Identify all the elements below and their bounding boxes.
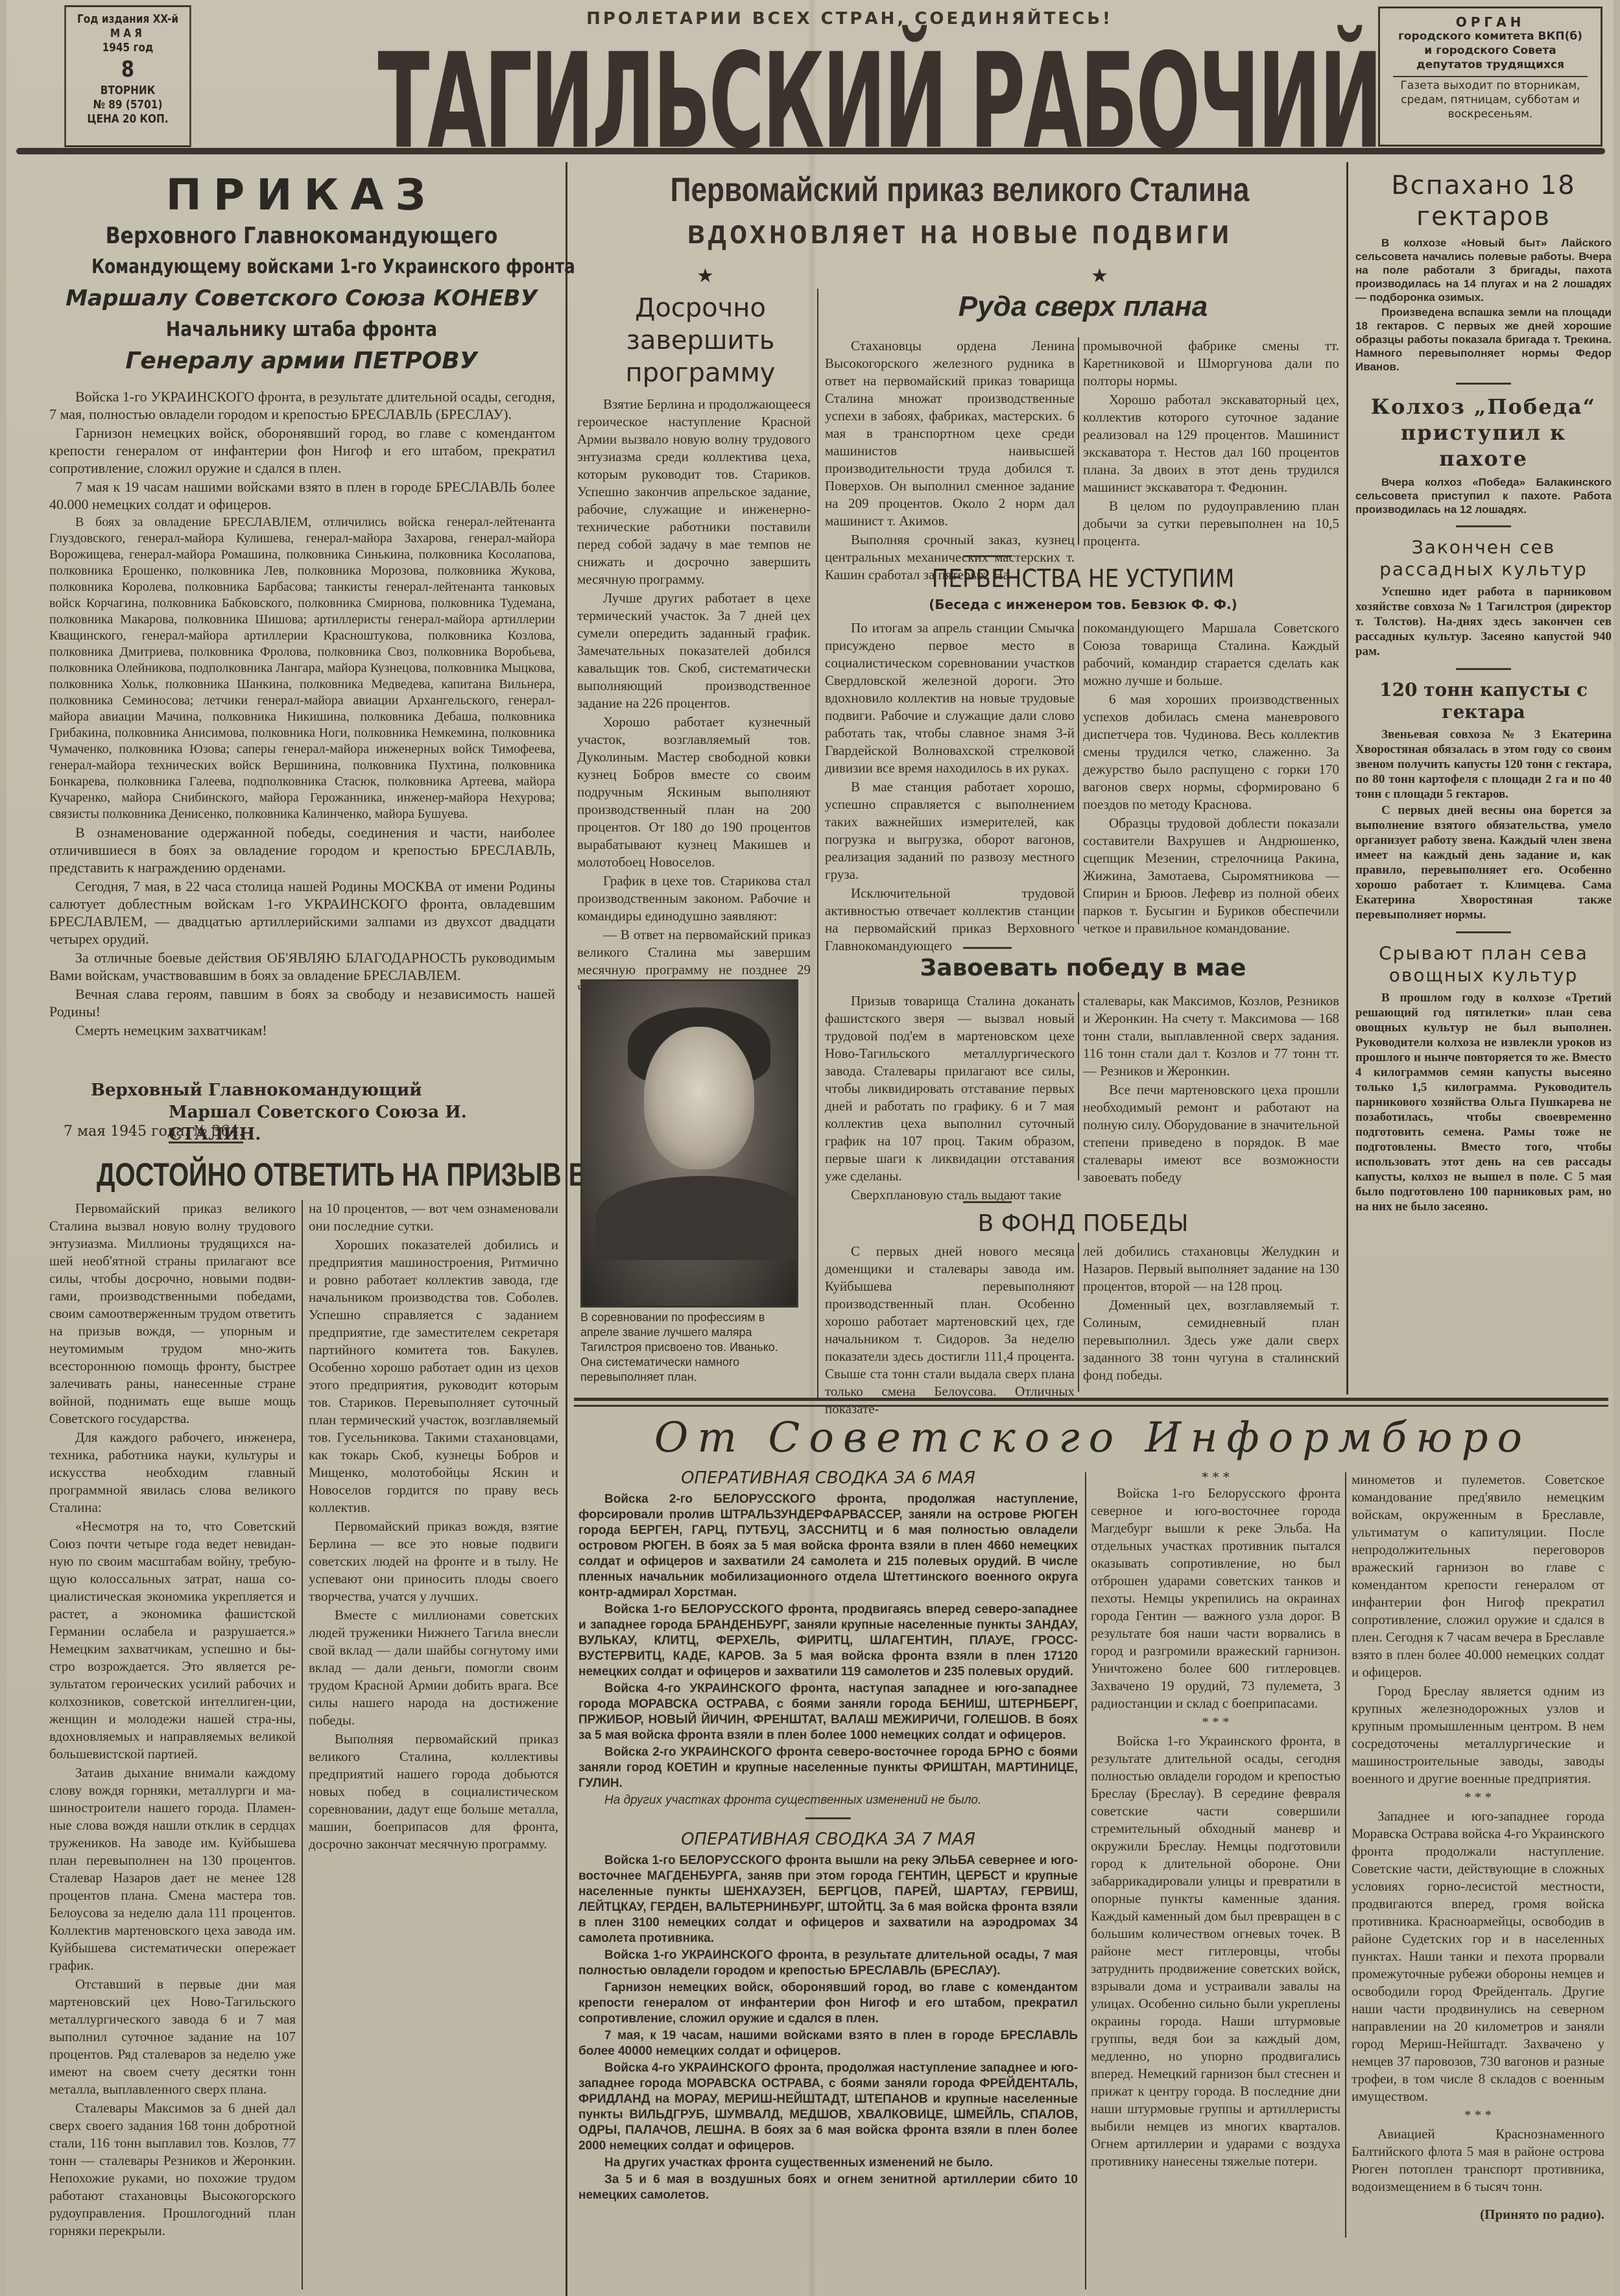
section-rule bbox=[1456, 931, 1511, 933]
article-body: Звеньевая совхоза № 3 Екатерина Хворостя… bbox=[1355, 727, 1612, 922]
fond-col-2: лей добились стахановцы Желудкин и Назар… bbox=[1083, 1243, 1339, 1385]
order-paragraph: Вечная слава героям, павшим в боях за св… bbox=[49, 985, 555, 1020]
editorial-title: ДОСТОЙНО ОТВЕТИТЬ НА ПРИЗЫВ ВОЖДЯ! bbox=[97, 1156, 506, 1193]
portrait-photo bbox=[580, 979, 798, 1308]
article-title: Вспахано 18 гектаров bbox=[1355, 170, 1612, 232]
column-divider bbox=[1078, 337, 1079, 545]
ruda-title: Руда сверх плана bbox=[824, 291, 1342, 323]
organ-line1: городского комитета ВКП(б) bbox=[1380, 29, 1601, 43]
column-divider bbox=[1078, 992, 1079, 1180]
pervenstvo-col-1: По итогам за апрель станции Смычка прису… bbox=[825, 619, 1075, 956]
report-paragraph: Западнее и юго-западнее города Моравска … bbox=[1352, 1808, 1604, 2105]
svodka6-body: Войска 2-го БЕЛОРУССКОГО фронта, продолж… bbox=[578, 1492, 1078, 1808]
zavoevat-col-1: Призыв товарища Сталина доканать фашистс… bbox=[825, 992, 1075, 1205]
dosrochno-paragraph: Хорошо работает кузнечный участок, возгл… bbox=[577, 713, 811, 871]
svodka-paragraph: Гарнизон немецких войск, оборонявший гор… bbox=[578, 1980, 1078, 2027]
organ-line3: депутатов трудящихся bbox=[1380, 58, 1601, 72]
stars-divider: * * * bbox=[1091, 1469, 1340, 1485]
column-divider bbox=[302, 1200, 303, 2290]
issue-number: № 89 (5701) bbox=[66, 98, 189, 112]
svodka-paragraph: Войска 4-го УКРАИНСКОГО фронта, продолжа… bbox=[578, 2061, 1078, 2154]
ruda-paragraph: Хорошо работал экскаваторный цех, коллек… bbox=[1083, 391, 1339, 496]
stars-divider: * * * bbox=[1352, 1789, 1604, 1806]
dosrochno-title: Досрочно завершить программу bbox=[610, 292, 791, 389]
star-ornament: ★ bbox=[697, 265, 714, 287]
report-paragraph: Город Бреслау является одним из крупных … bbox=[1352, 1682, 1604, 1788]
dosrochno-body: Взятие Берлина и продолжающееся героичес… bbox=[577, 396, 811, 998]
ruda-paragraph: промывочной фабрике смены тт. Каретников… bbox=[1083, 337, 1339, 390]
order-title: ПРИКАЗ bbox=[45, 170, 558, 221]
article-paragraph: В прошлом году в колхозе «Третий решающи… bbox=[1355, 990, 1612, 1214]
fond-paragraph: лей добились стахановцы Желудкин и Назар… bbox=[1083, 1243, 1339, 1295]
svodka-paragraph: Войска 1-го БЕЛОРУССКОГО фронта, продвиг… bbox=[578, 1602, 1078, 1680]
svodka7-body: Войска 1-го БЕЛОРУССКОГО фронта вышли на… bbox=[578, 1853, 1078, 2203]
sovinformburo-title: От Советского Информбюро bbox=[574, 1414, 1612, 1462]
svodka-paragraph: На других участках фронта существенных и… bbox=[578, 2155, 1078, 2171]
ruda-col-1: Стахановцы ордена Ленина Высокогорского … bbox=[825, 337, 1075, 585]
order-paragraph: Гарнизон немецких войск, оборонявший гор… bbox=[49, 424, 555, 477]
article-paragraph: Звеньевая совхоза № 3 Екатерина Хворостя… bbox=[1355, 727, 1612, 802]
svodka-paragraph: Войска 1-го БЕЛОРУССКОГО фронта вышли на… bbox=[578, 1853, 1078, 1946]
zavoevat-paragraph: Все печи мартеновского цеха прошли необх… bbox=[1083, 1081, 1339, 1186]
svodka-paragraph: Войска 1-го УКРАИНСКОГО фронта, в резуль… bbox=[578, 1948, 1078, 1979]
report-paragraph: минометов и пулеметов. Советское командо… bbox=[1352, 1471, 1604, 1681]
pervenstvo-paragraph: В мае станция работает хорошо, успешно с… bbox=[825, 778, 1075, 883]
dosrochno-paragraph: Лучше других работает в цехе термический… bbox=[577, 590, 811, 712]
radio-source-note: (Принято по радио). bbox=[1352, 2206, 1604, 2223]
stars-divider: * * * bbox=[1091, 1714, 1340, 1731]
pervenstvo-paragraph: 6 мая хороших производственных успехов д… bbox=[1083, 691, 1339, 813]
svodka-paragraph: За 5 и 6 мая в воздушных боях и огнем зе… bbox=[578, 2172, 1078, 2203]
pervenstvo-paragraph: Образцы трудовой доблести показали соста… bbox=[1083, 815, 1339, 937]
organ-label: ОРГАН bbox=[1380, 15, 1601, 29]
svodka6-title: ОПЕРАТИВНАЯ СВОДКА ЗА 6 МАЯ bbox=[578, 1467, 1078, 1489]
editorial-paragraph: Первомайский приказ вождя, взятие Берлин… bbox=[309, 1518, 558, 1605]
article-title: Срывают план сева овощных культур bbox=[1355, 942, 1612, 987]
article-body: Вчера колхоз «Победа» Балакинского сельс… bbox=[1355, 475, 1612, 516]
order-paragraph: Смерть немецким захватчикам! bbox=[49, 1022, 555, 1039]
ruda-paragraph: В целом по рудоуправлению план добычи за… bbox=[1083, 497, 1339, 550]
center-headline: Первомайский приказ великого Сталина вдо… bbox=[577, 170, 1342, 254]
signature-title: Верховный Главнокомандующий bbox=[91, 1079, 558, 1101]
column-divider bbox=[1078, 1243, 1079, 1392]
article-body: В колхозе «Новый быт» Лайского сельсовет… bbox=[1355, 236, 1612, 374]
publication-schedule: Газета выходит по вторникам, средам, пят… bbox=[1380, 78, 1601, 121]
order-subtitle-5: Генералу армии ПЕТРОВУ bbox=[45, 345, 558, 377]
column-divider bbox=[817, 289, 818, 1398]
center-headline-line2: вдохновляет на новые подвиги bbox=[635, 210, 1285, 254]
star-ornament: ★ bbox=[1091, 265, 1108, 287]
fond-title: В ФОНД ПОБЕДЫ bbox=[824, 1210, 1342, 1237]
section-rule bbox=[1456, 525, 1511, 527]
issue-year: 1945 год bbox=[66, 41, 189, 55]
article-body: Успешно идет работа в парниковом хозяйст… bbox=[1355, 584, 1612, 659]
section-rule bbox=[963, 1201, 1012, 1203]
article-paragraph: С первых дней весны она борется за выпол… bbox=[1355, 803, 1612, 922]
zavoevat-paragraph: Призыв товарища Сталина доканать фашистс… bbox=[825, 992, 1075, 1185]
order-header: ПРИКАЗ Верховного Главнокомандующего Ком… bbox=[45, 170, 558, 377]
organ-info-box: ОРГАН городского комитета ВКП(б) и город… bbox=[1378, 6, 1602, 147]
article-paragraph: Вчера колхоз «Победа» Балакинского сельс… bbox=[1355, 475, 1612, 516]
editorial-paragraph: Первомайский приказ великого Сталина выз… bbox=[49, 1200, 296, 1428]
svodka7-title: ОПЕРАТИВНАЯ СВОДКА ЗА 7 МАЯ bbox=[578, 1828, 1078, 1850]
order-subtitle-1: Верховного Главнокомандующего bbox=[81, 221, 521, 252]
editorial-paragraph: Сталевары Максимов за 6 дней дал сверх с… bbox=[49, 2099, 296, 2240]
ruda-paragraph: Стахановцы ордена Ленина Высокогорского … bbox=[825, 337, 1075, 530]
issue-info-box: Год издания XX-й МАЯ 1945 год 8 ВТОРНИК … bbox=[64, 5, 191, 147]
editorial-paragraph: Для каждого рабочего, инженера, техника,… bbox=[49, 1429, 296, 1516]
section-rule bbox=[169, 1142, 243, 1143]
editorial-paragraph: Отставший в первые дни мая мартеновский … bbox=[49, 1976, 296, 2098]
order-subtitle-2: Командующему войсками 1-го Украинского ф… bbox=[91, 252, 512, 283]
organ-line2: и городского Совета bbox=[1380, 43, 1601, 58]
masthead: ТАГИЛЬСКИЙ РАБОЧИЙ bbox=[253, 26, 1388, 136]
editorial-paragraph: Хороших показателей добились и предприят… bbox=[309, 1236, 558, 1516]
report-paragraph: Войска 1-го Украинского фронта, в резуль… bbox=[1091, 1732, 1340, 2170]
zavoevat-paragraph: Сверхплановую сталь выдают такие bbox=[825, 1186, 1075, 1204]
column-divider bbox=[566, 162, 567, 2296]
column-divider bbox=[1346, 162, 1348, 1394]
column-divider bbox=[1085, 1472, 1086, 2290]
pervenstvo-paragraph: покомандующего Маршала Советского Союза … bbox=[1083, 619, 1339, 689]
article-body: В прошлом году в колхозе «Третий решающи… bbox=[1355, 990, 1612, 1214]
pervenstvo-paragraph: По итогам за апрель станции Смычка прису… bbox=[825, 619, 1075, 777]
svodka-column: ОПЕРАТИВНАЯ СВОДКА ЗА 6 МАЯ Войска 2-го … bbox=[578, 1467, 1078, 2205]
order-paragraph: 7 мая к 19 часам нашими войсками взято в… bbox=[49, 478, 555, 513]
column-divider bbox=[1078, 619, 1079, 924]
editorial-paragraph: на 10 процентов, — вот чем ознаменовали … bbox=[309, 1200, 558, 1235]
zavoevat-col-2: сталевары, как Максимов, Козлов, Резнико… bbox=[1083, 992, 1339, 1188]
sovinformburo-col-2-body: Войска 1-го Белорусского фронта северное… bbox=[1091, 1485, 1340, 2170]
editorial-paragraph: Выполняя первомайский приказ великого Ст… bbox=[309, 1730, 558, 1853]
editorial-paragraph: Затаив дыхание внимали каждому слову вож… bbox=[49, 1764, 296, 1974]
dosrochno-paragraph: График в цехе тов. Старикова стал произв… bbox=[577, 872, 811, 925]
pervenstvo-col-2: покомандующего Маршала Советского Союза … bbox=[1083, 619, 1339, 939]
right-column: Вспахано 18 гектаров В колхозе «Новый бы… bbox=[1355, 170, 1612, 1215]
report-paragraph: Авиацией Краснознаменного Балтийского фл… bbox=[1352, 2125, 1604, 2195]
section-rule bbox=[805, 1817, 851, 1819]
pervenstvo-subtitle: (Беседа с инженером тов. Бевзюк Ф. Ф.) bbox=[824, 597, 1342, 612]
column-divider bbox=[1345, 1472, 1346, 2238]
sovinformburo-rule bbox=[574, 1398, 1608, 1401]
sovinformburo-col-2: * * * Войска 1-го Белорусского фронта се… bbox=[1091, 1469, 1340, 2171]
article-title: Колхоз „Победа“ приступил к пахоте bbox=[1355, 394, 1612, 472]
order-paragraph: Войска 1-го УКРАИНСКОГО фронта, в резуль… bbox=[49, 388, 555, 423]
order-body: Войска 1-го УКРАИНСКОГО фронта, в резуль… bbox=[49, 388, 555, 1040]
section-rule bbox=[1456, 668, 1511, 670]
photo-caption: В соревновании по профессиям в апреле зв… bbox=[580, 1310, 801, 1385]
article-paragraph: В колхозе «Новый быт» Лайского сельсовет… bbox=[1355, 236, 1612, 304]
dosrochno-paragraph: Взятие Берлина и продолжающееся героичес… bbox=[577, 396, 811, 588]
zavoevat-paragraph: сталевары, как Максимов, Козлов, Резнико… bbox=[1083, 992, 1339, 1080]
issue-weekday: ВТОРНИК bbox=[66, 84, 189, 98]
issue-price: ЦЕНА 20 КОП. bbox=[66, 112, 189, 126]
center-headline-line1: Первомайский приказ великого Сталина bbox=[635, 170, 1285, 210]
report-paragraph: Войска 1-го Белорусского фронта северное… bbox=[1091, 1485, 1340, 1712]
fond-col-1: С первых дней нового месяца доменщики и … bbox=[825, 1243, 1075, 1419]
order-paragraph: За отличные боевые действия ОБ'ЯВЛЯЮ БЛА… bbox=[49, 949, 555, 984]
editorial-col-2: на 10 процентов, — вот чем ознаменовали … bbox=[309, 1200, 558, 1854]
fond-paragraph: С первых дней нового месяца доменщики и … bbox=[825, 1243, 1075, 1418]
svodka-paragraph: На других участках фронта существенных и… bbox=[578, 1793, 1078, 1808]
svodka-paragraph: 7 мая, к 19 часам, нашими войсками взято… bbox=[578, 2028, 1078, 2059]
article-paragraph: Успешно идет работа в парниковом хозяйст… bbox=[1355, 584, 1612, 659]
order-date: 7 мая 1945 года. № 364. bbox=[64, 1123, 243, 1140]
section-rule bbox=[1456, 383, 1511, 385]
svodka-paragraph: Войска 2-го БЕЛОРУССКОГО фронта, продолж… bbox=[578, 1492, 1078, 1601]
svodka-paragraph: Войска 4-го УКРАИНСКОГО фронта, наступая… bbox=[578, 1681, 1078, 1743]
newspaper-page: Год издания XX-й МАЯ 1945 год 8 ВТОРНИК … bbox=[6, 0, 1614, 2296]
order-paragraph: В боях за овладение БРЕСЛАВЛЕМ, отличили… bbox=[49, 514, 555, 822]
article-title: 120 тонн капусты с гектара bbox=[1355, 679, 1612, 723]
svodka-paragraph: Войска 2-го УКРАИНСКОГО фронта северо-во… bbox=[578, 1745, 1078, 1791]
order-paragraph: Сегодня, 7 мая, в 22 часа столица нашей … bbox=[49, 878, 555, 948]
masthead-rule bbox=[16, 148, 1605, 154]
year-of-publication: Год издания XX-й bbox=[66, 12, 189, 27]
sovinformburo-rule bbox=[574, 1405, 1608, 1407]
article-paragraph: Произведена вспашка земли на площади 18 … bbox=[1355, 305, 1612, 374]
pervenstvo-paragraph: Исключительной трудовой активностью отве… bbox=[825, 885, 1075, 955]
section-rule bbox=[963, 555, 1012, 557]
zavoevat-title: Завоевать победу в мае bbox=[824, 955, 1342, 981]
article-title: Закончен сев рассадных культур bbox=[1355, 536, 1612, 580]
sovinformburo-col-3: минометов и пулеметов. Советское командо… bbox=[1352, 1471, 1604, 2225]
section-rule bbox=[963, 947, 1012, 949]
issue-day: 8 bbox=[66, 55, 189, 84]
fond-paragraph: Доменный цех, возглавляемый т. Солиным, … bbox=[1083, 1297, 1339, 1384]
ruda-col-2: промывочной фабрике смены тт. Каретников… bbox=[1083, 337, 1339, 551]
pervenstvo-title: ПЕРВЕНСТВА НЕ УСТУПИМ bbox=[850, 564, 1316, 593]
newspaper-title: ТАГИЛЬСКИЙ РАБОЧИЙ bbox=[378, 26, 1263, 178]
editorial-paragraph: Вместе с миллионами советских людей труж… bbox=[309, 1607, 558, 1729]
editorial-col-1: Первомайский приказ великого Сталина выз… bbox=[49, 1200, 296, 2241]
order-subtitle-4: Начальнику штаба фронта bbox=[81, 314, 521, 345]
stars-divider: * * * bbox=[1352, 2107, 1604, 2124]
issue-month: МАЯ bbox=[66, 27, 189, 41]
order-paragraph: В ознаменование одержанной победы, соеди… bbox=[49, 824, 555, 876]
order-subtitle-3: Маршалу Советского Союза КОНЕВУ bbox=[45, 283, 558, 314]
editorial-paragraph: «Несмотря на то, что Советский Союз почт… bbox=[49, 1518, 296, 1763]
